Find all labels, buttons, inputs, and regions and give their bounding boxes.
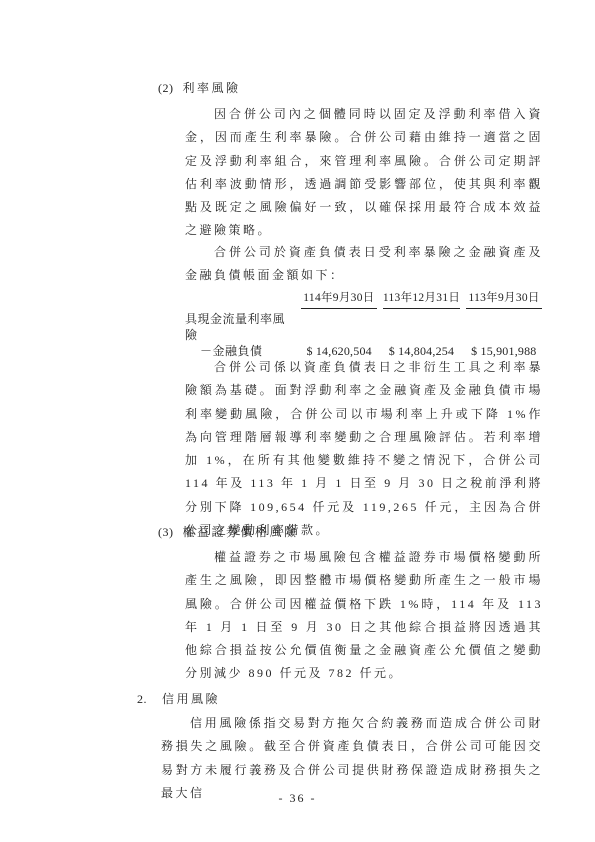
interest-exposure-table: 114年9月30日 113年12月31日 113年9月30日 具現金流量利率風險… <box>185 288 542 359</box>
section-title: 利率風險 <box>183 77 241 100</box>
table-header-row: 114年9月30日 113年12月31日 113年9月30日 <box>185 288 542 309</box>
interest-rate-paragraph-1: 因合併公司內之個體同時以固定及浮動利率借入資金，因而產生利率暴險。合併公司藉由維… <box>185 103 543 243</box>
document-page: (2) 利率風險 因合併公司內之個體同時以固定及浮動利率借入資金，因而產生利率暴… <box>0 0 595 842</box>
table-row-label-line-1: 具現金流量利率風險 <box>185 311 295 343</box>
table-column-header-3: 113年9月30日 <box>466 288 542 309</box>
table-column-header-1: 114年9月30日 <box>301 288 377 309</box>
section-number: (2) <box>158 77 174 100</box>
interest-rate-paragraph-2: 合併公司於資產負債表日受利率暴險之金融資產及金融負債帳面金額如下： <box>185 241 543 288</box>
table-header-spacer <box>185 288 295 309</box>
section-title: 權益證券價格風險 <box>183 521 299 544</box>
section-heading-equity-price-risk: (3) 權益證券價格風險 <box>158 521 299 544</box>
section-number: 2. <box>137 688 147 711</box>
section-title: 信用風險 <box>162 688 220 711</box>
section-heading-credit-risk: 2. 信用風險 <box>137 688 220 711</box>
table-row: 具現金流量利率風險 －金融負債 $ 14,620,504 $ 14,804,25… <box>185 311 542 359</box>
equity-price-paragraph-1: 權益證券之市場風險包含權益證券市場價格變動所產生之風險，即因整體市場價格變動所產… <box>185 546 543 686</box>
page-number: - 36 - <box>0 791 595 806</box>
interest-rate-paragraph-3: 合併公司係以資產負債表日之非衍生工具之利率暴險額為基礎。面對浮動利率之金融資產及… <box>185 356 543 542</box>
section-heading-interest-rate-risk: (2) 利率風險 <box>158 77 241 100</box>
section-number: (3) <box>158 521 174 544</box>
table-column-header-2: 113年12月31日 <box>383 288 460 309</box>
table-row-label: 具現金流量利率風險 －金融負債 <box>185 311 295 359</box>
